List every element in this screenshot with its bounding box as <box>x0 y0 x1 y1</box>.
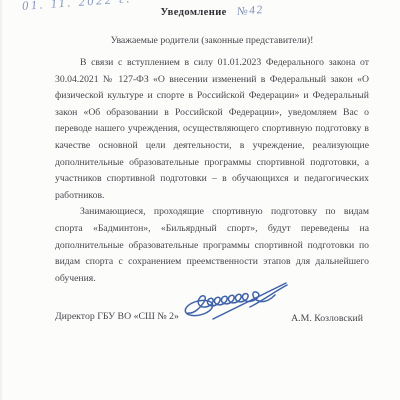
document-title: Уведомление <box>160 7 226 18</box>
letter-body: В связи с вступлением в силу 01.01.2023 … <box>55 55 369 287</box>
document-title-row: Уведомление№42 <box>55 2 369 20</box>
scanned-letter-page: 01. 11. 2022 г. Уведомление№42 Уважаемые… <box>0 0 400 400</box>
director-signature-icon <box>182 280 294 324</box>
signer-name: А.М. Козловский <box>291 313 363 324</box>
paragraph-transfer-info: Занимающиеся, проходящие спортивную подг… <box>55 204 369 287</box>
paragraph-legal-basis: В связи с вступлением в силу 01.01.2023 … <box>55 55 369 204</box>
handwritten-doc-number: №42 <box>236 4 264 18</box>
greeting-line: Уважаемые родители (законные представите… <box>55 35 369 46</box>
signer-position: Директор ГБУ ВО «СШ № 2» <box>55 311 179 322</box>
